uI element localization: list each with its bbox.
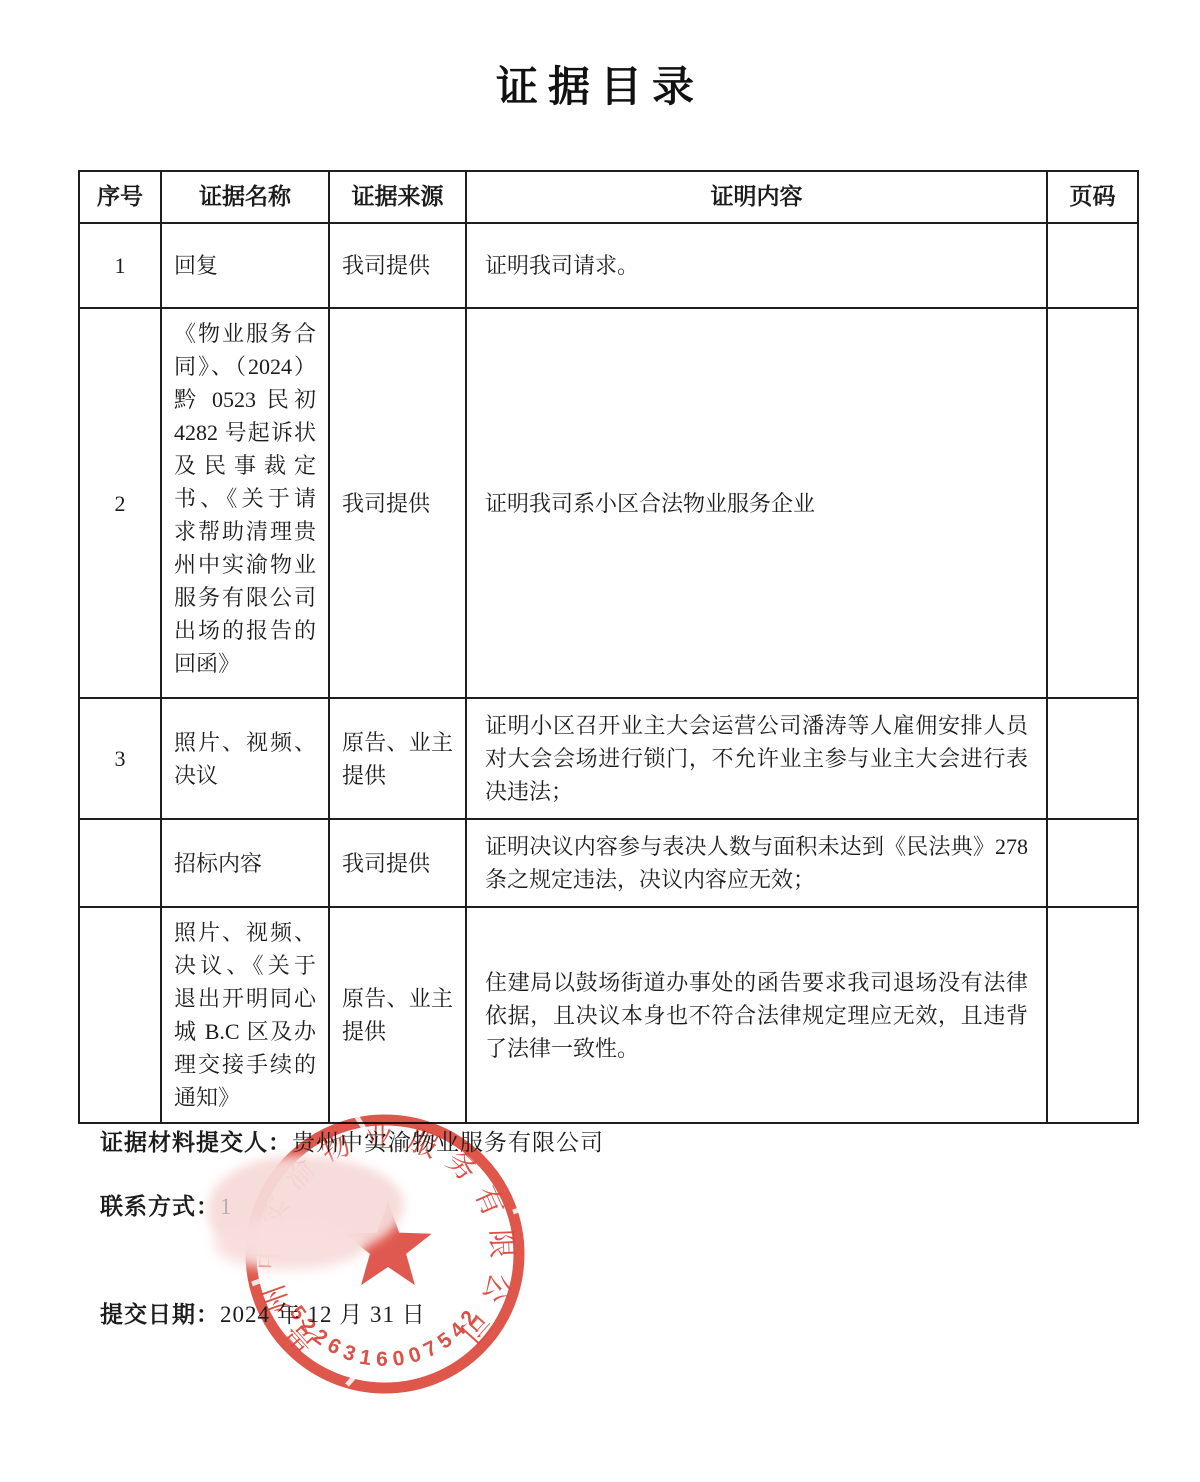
cell-source: 原告、业主提供 — [329, 907, 466, 1123]
column-header-seq: 序号 — [79, 171, 161, 223]
contact-redacted-digit: 1 — [220, 1194, 233, 1219]
cell-page — [1047, 223, 1138, 308]
cell-page — [1047, 308, 1138, 698]
submitter-value: 贵州中实渝物业服务有限公司 — [292, 1130, 604, 1155]
cell-seq — [79, 819, 161, 907]
cell-name: 回复 — [161, 223, 329, 308]
contact-line: 联系方式：1 — [100, 1188, 233, 1221]
page-title: 证据目录 — [0, 54, 1200, 114]
cell-name: 招标内容 — [161, 819, 329, 907]
contact-label: 联系方式： — [100, 1194, 220, 1219]
submitter-label: 证据材料提交人： — [100, 1130, 292, 1155]
evidence-table: 序号 证据名称 证据来源 证明内容 页码 1 回复 我司提供 证明我司请求。 2… — [78, 170, 1139, 1124]
cell-seq: 2 — [79, 308, 161, 698]
cell-page — [1047, 819, 1138, 907]
cell-name: 《物业服务合同》、（2024）黔 0523 民初 4282 号起诉状及民事裁定书… — [161, 308, 329, 698]
cell-name: 照片、视频、决议、《关于退出开明同心城 B.C 区及办理交接手续的通知》 — [161, 907, 329, 1123]
date-label: 提交日期： — [100, 1302, 220, 1327]
table-row: 3 照片、视频、决议 原告、业主提供 证明小区召开业主大会运营公司潘涛等人雇佣安… — [79, 698, 1138, 819]
table-row: 1 回复 我司提供 证明我司请求。 — [79, 223, 1138, 308]
column-header-source: 证据来源 — [329, 171, 466, 223]
cell-source: 我司提供 — [329, 308, 466, 698]
table-header-row: 序号 证据名称 证据来源 证明内容 页码 — [79, 171, 1138, 223]
table-row: 招标内容 我司提供 证明决议内容参与表决人数与面积未达到《民法典》278 条之规… — [79, 819, 1138, 907]
document-page: 证据目录 序号 证据名称 证据来源 证明内容 页码 1 回复 我司提供 证明我司… — [0, 0, 1200, 1482]
redaction-blur-small — [214, 1218, 364, 1270]
cell-source: 我司提供 — [329, 223, 466, 308]
cell-seq — [79, 907, 161, 1123]
cell-source: 原告、业主提供 — [329, 698, 466, 819]
column-header-name: 证据名称 — [161, 171, 329, 223]
cell-page — [1047, 907, 1138, 1123]
cell-content: 证明小区召开业主大会运营公司潘涛等人雇佣安排人员对大会会场进行锁门，不允许业主参… — [466, 698, 1047, 819]
cell-content: 证明决议内容参与表决人数与面积未达到《民法典》278 条之规定违法，决议内容应无… — [466, 819, 1047, 907]
cell-content: 证明我司系小区合法物业服务企业 — [466, 308, 1047, 698]
submitter-line: 证据材料提交人：贵州中实渝物业服务有限公司 — [100, 1124, 604, 1157]
cell-name: 照片、视频、决议 — [161, 698, 329, 819]
cell-content: 证明我司请求。 — [466, 223, 1047, 308]
column-header-content: 证明内容 — [466, 171, 1047, 223]
cell-seq: 1 — [79, 223, 161, 308]
table-row: 2 《物业服务合同》、（2024）黔 0523 民初 4282 号起诉状及民事裁… — [79, 308, 1138, 698]
date-line: 提交日期：2024 年 12 月 31 日 — [100, 1296, 426, 1329]
cell-content: 住建局以鼓场街道办事处的函告要求我司退场没有法律依据，且决议本身也不符合法律规定… — [466, 907, 1047, 1123]
cell-page — [1047, 698, 1138, 819]
column-header-page: 页码 — [1047, 171, 1138, 223]
date-value: 2024 年 12 月 31 日 — [220, 1302, 426, 1327]
cell-seq: 3 — [79, 698, 161, 819]
cell-source: 我司提供 — [329, 819, 466, 907]
table-row: 照片、视频、决议、《关于退出开明同心城 B.C 区及办理交接手续的通知》 原告、… — [79, 907, 1138, 1123]
